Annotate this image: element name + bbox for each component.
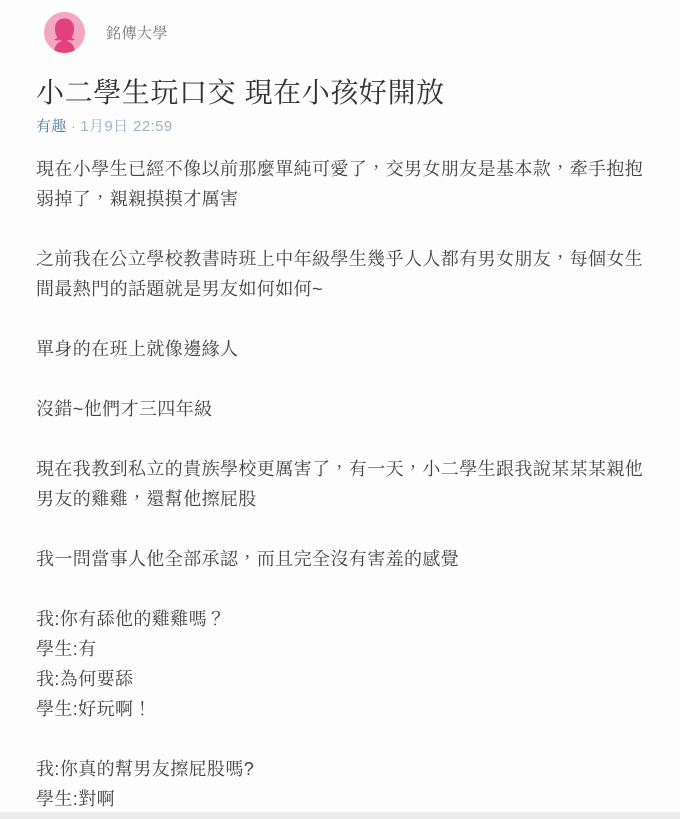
post-timestamp: 1月9日 22:59 xyxy=(80,118,172,135)
page-bottom-divider xyxy=(0,812,680,819)
paragraph-text: 現在我教到私立的貴族學校更厲害了，有一天，小二學生跟我說某某某親他男友的雞雞，還… xyxy=(36,454,646,514)
avatar xyxy=(44,12,85,53)
post-title: 小二學生玩口交 現在小孩好開放 xyxy=(36,74,646,112)
paragraph-dialog: 我:你真的幫男友擦屁股嗎? 學生:對啊 xyxy=(36,754,646,814)
female-avatar-icon xyxy=(44,12,85,53)
paragraph: 現在我教到私立的貴族學校更厲害了，有一天，小二學生跟我說某某某親他男友的雞雞，還… xyxy=(36,454,646,514)
post-meta: 有趣·1月9日 22:59 xyxy=(36,117,646,137)
dialog-line: 學生:好玩啊！ xyxy=(36,694,646,724)
paragraph: 之前我在公立學校教書時班上中年級學生幾乎人人都有男女朋友，每個女生間最熱門的話題… xyxy=(36,244,646,304)
dialog-line: 我:你有舔他的雞雞嗎？ xyxy=(36,604,646,634)
post-header: 銘傳大學 xyxy=(44,11,646,53)
paragraph-text: 沒錯~他們才三四年級 xyxy=(36,394,646,424)
paragraph: 現在小學生已經不像以前那麼單純可愛了，交男女朋友是基本款，牽手抱抱弱掉了，親親摸… xyxy=(36,154,646,214)
paragraph-text: 現在小學生已經不像以前那麼單純可愛了，交男女朋友是基本款，牽手抱抱弱掉了，親親摸… xyxy=(36,154,646,214)
dialog-line: 學生:有 xyxy=(36,634,646,664)
paragraph-dialog: 我:你有舔他的雞雞嗎？ 學生:有 我:為何要舔 學生:好玩啊！ xyxy=(36,604,646,724)
paragraph-text: 單身的在班上就像邊緣人 xyxy=(36,334,646,364)
paragraph-text: 之前我在公立學校教書時班上中年級學生幾乎人人都有男女朋友，每個女生間最熱門的話題… xyxy=(36,244,646,304)
dialog-line: 我:你真的幫男友擦屁股嗎? xyxy=(36,754,646,784)
post-page: 銘傳大學 小二學生玩口交 現在小孩好開放 有趣·1月9日 22:59 現在小學生… xyxy=(0,0,680,819)
topic-link[interactable]: 有趣 xyxy=(36,118,67,135)
school-name: 銘傳大學 xyxy=(106,22,168,43)
post-card: 銘傳大學 小二學生玩口交 現在小孩好開放 有趣·1月9日 22:59 現在小學生… xyxy=(0,0,680,814)
paragraph: 我一問當事人他全部承認，而且完全沒有害羞的感覺 xyxy=(36,544,646,574)
dialog-line: 學生:對啊 xyxy=(36,784,646,814)
paragraph-text: 我一問當事人他全部承認，而且完全沒有害羞的感覺 xyxy=(36,544,646,574)
paragraph: 沒錯~他們才三四年級 xyxy=(36,394,646,424)
paragraph: 單身的在班上就像邊緣人 xyxy=(36,334,646,364)
post-content: 現在小學生已經不像以前那麼單純可愛了，交男女朋友是基本款，牽手抱抱弱掉了，親親摸… xyxy=(36,154,646,814)
dialog-line: 我:為何要舔 xyxy=(36,664,646,694)
meta-separator: · xyxy=(71,118,76,135)
